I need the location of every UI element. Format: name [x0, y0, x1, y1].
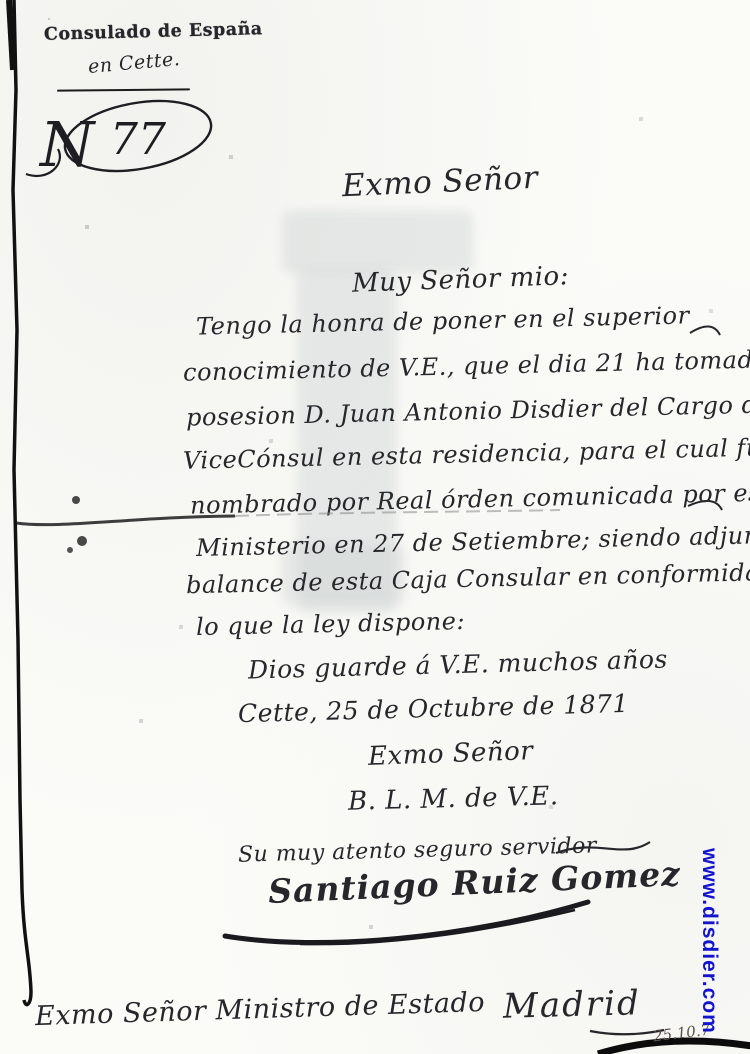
- body-line: ViceCónsul en esta residencia, para el c…: [183, 435, 750, 472]
- number-prefix: N: [38, 108, 97, 181]
- crease-ink-blot: [72, 496, 80, 504]
- letterhead-location: en Cette.: [87, 50, 181, 77]
- pen-flourish: [690, 326, 720, 335]
- body-line: balance de esta Caja Consular en conform…: [186, 559, 750, 598]
- closing-dateline: Cette, 25 de Octubre de 1871: [238, 691, 629, 726]
- crease-ink-blot: [67, 547, 73, 553]
- body-line: Tengo la honra de poner en el superior: [196, 303, 690, 338]
- closing-honorific: Exmo Señor: [368, 738, 534, 770]
- scan-edge-corner: [9, 0, 13, 70]
- scan-noise-speckles: [48, 18, 50, 20]
- body-line: nombrado por Real órden comunicada por e…: [190, 480, 750, 517]
- crease-ink-blot: [77, 536, 87, 546]
- document-scan: Consulado de España en Cette. N 77 Exmo …: [0, 0, 750, 1054]
- number-value: 77: [110, 114, 166, 165]
- body-line: conocimiento de V.E., que el dia 21 ha t…: [183, 347, 750, 384]
- body-line: Ministerio en 27 de Setiembre; siendo ad…: [196, 522, 750, 560]
- scan-artifact-band: [283, 211, 473, 273]
- letterhead-rule: [57, 88, 190, 91]
- body-line: lo que la ley dispone:: [196, 609, 465, 639]
- footer-city: Madrid: [503, 986, 642, 1024]
- closing-valediction: Dios guarde á V.E. muchos años: [248, 647, 668, 683]
- letterhead-title: Consulado de España: [44, 21, 263, 44]
- footer-addressee: Exmo Señor Ministro de Estado: [35, 989, 486, 1030]
- closing-hand-kiss: B. L. M. de V.E.: [348, 783, 559, 815]
- salutation-heading: Exmo Señor: [341, 163, 538, 203]
- site-watermark: www.disdier.com: [699, 848, 720, 1034]
- signature-flourish: [300, 910, 575, 944]
- salutation-opening: Muy Señor mio:: [352, 263, 570, 297]
- body-line: posesion D. Juan Antonio Disdier del Car…: [186, 392, 750, 429]
- document-number: N 77: [18, 94, 223, 194]
